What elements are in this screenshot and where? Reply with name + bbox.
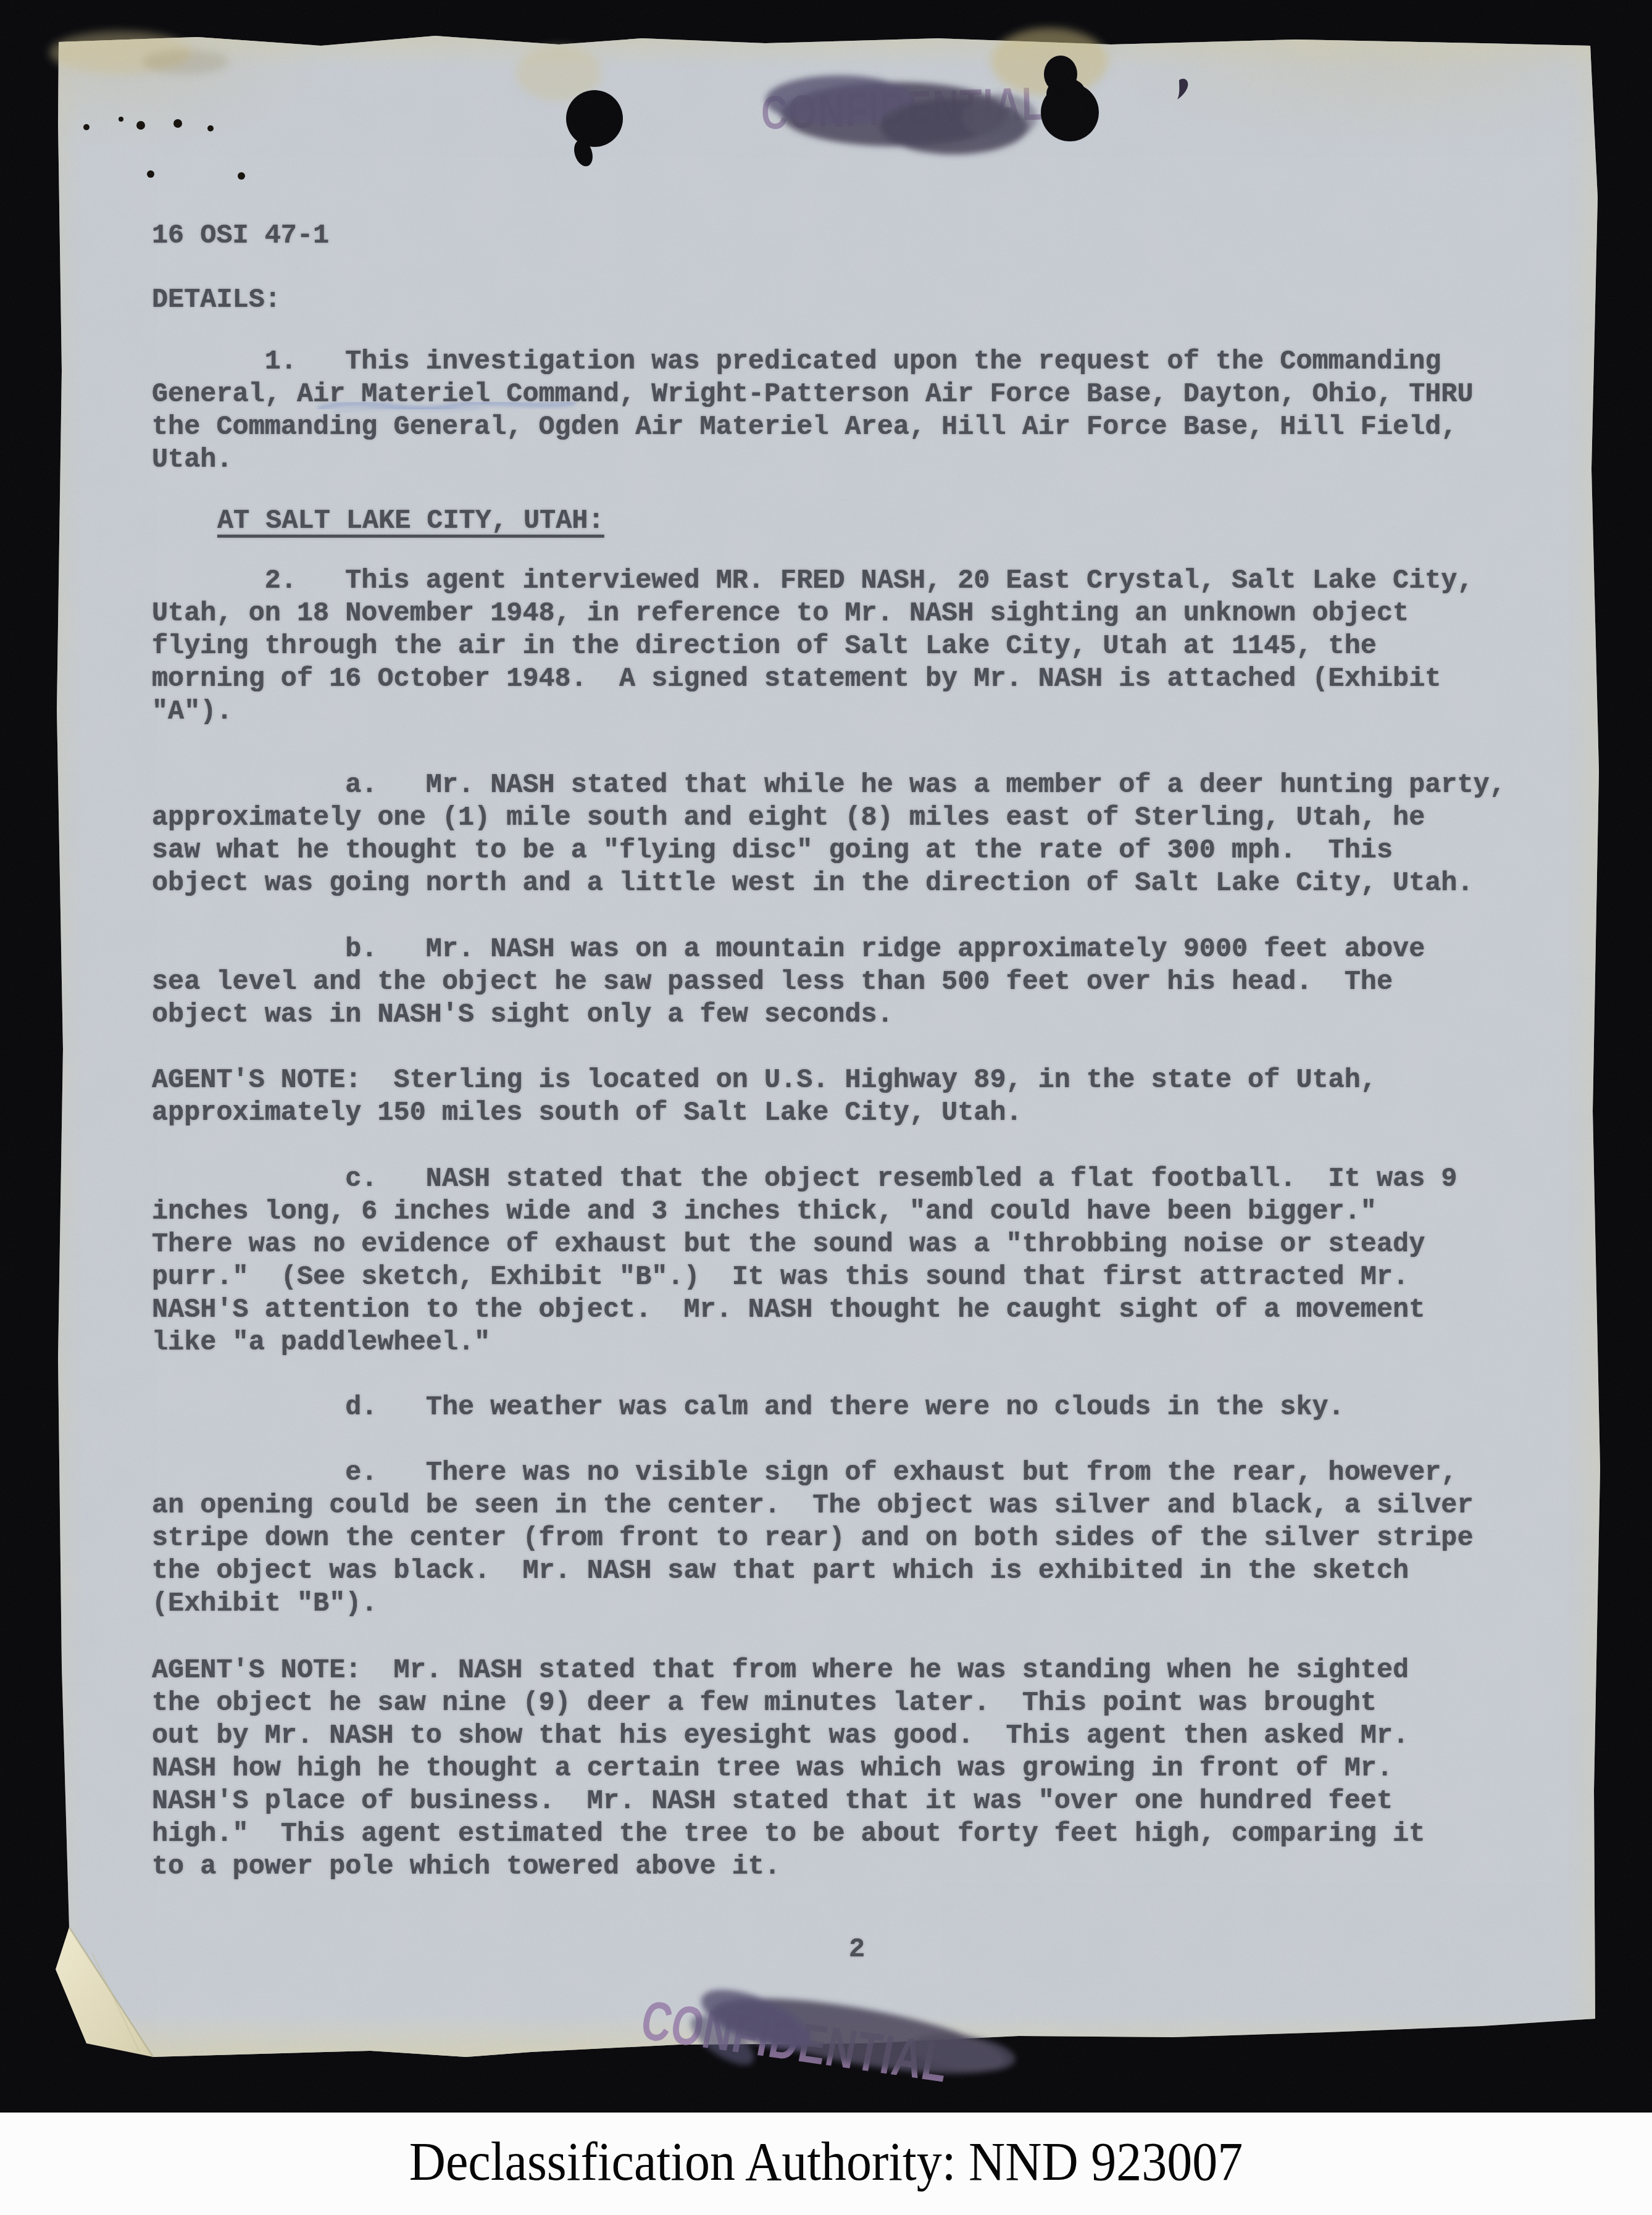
paragraph-2c: c. NASH stated that the object resembled… [152,1163,1457,1359]
paragraph-2d: d. The weather was calm and there were n… [152,1391,1345,1424]
confidential-stamp-top: CONFIDENTIAL [761,77,1046,140]
agents-note-1: AGENT'S NOTE: Sterling is located on U.S… [152,1064,1377,1130]
agents-note-2: AGENT'S NOTE: Mr. NASH stated that from … [152,1654,1425,1883]
paragraph-2b: b. Mr. NASH was on a mountain ridge appr… [152,933,1425,1032]
details-heading: DETAILS: [152,284,281,317]
declassification-text: Declassification Authority: NND 923007 [0,2109,1652,2215]
paragraph-1: 1. This investigation was predicated upo… [152,346,1474,477]
paragraph-2: 2. This agent interviewed MR. FRED NASH,… [152,565,1474,728]
page-number: 2 [849,1933,865,1966]
paragraph-2a: a. Mr. NASH stated that while he was a m… [152,769,1506,900]
section-heading-salt-lake-city: AT SALT LAKE CITY, UTAH: [217,505,604,538]
page-reference-number: 16 OSI 47-1 [152,220,329,252]
declassification-strip: Declassification Authority: NND 923007 [0,2113,1652,2215]
scanned-document-page: 16 OSI 47-1 DETAILS: 1. This investigati… [0,0,1652,2215]
paragraph-2e: e. There was no visible sign of exhaust … [152,1457,1474,1621]
